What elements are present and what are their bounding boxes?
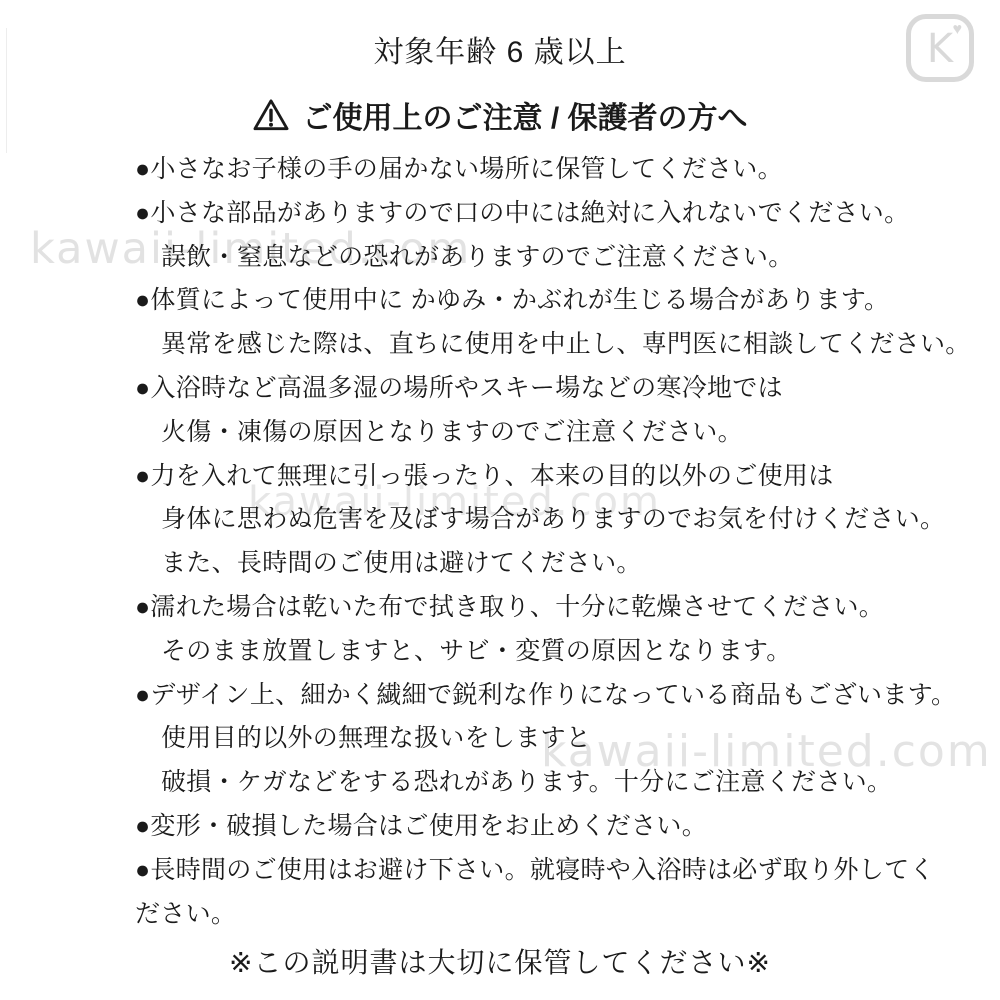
keep-instructions-note: ※この説明書は大切に保管してください※ <box>0 941 1000 981</box>
warning-header: ご使用上のご注意 / 保護者の方へ <box>0 93 1000 137</box>
warning-triangle-icon <box>252 98 290 132</box>
notice-line: ●入浴時など高温多湿の場所やスキー場などの寒冷地では <box>135 367 895 411</box>
notice-line: 誤飲・窒息などの恐れがありますのでご注意ください。 <box>135 236 895 280</box>
notice-line: ださい。 <box>135 893 895 937</box>
notice-line: ●力を入れて無理に引っ張ったり、本来の目的以外のご使用は <box>135 455 895 499</box>
notice-line: 使用目的以外の無理な扱いをしますと <box>135 717 895 761</box>
notice-line: ●長時間のご使用はお避け下さい。就寝時や入浴時は必ず取り外してく <box>135 849 895 893</box>
instruction-sheet-scan: kawaii-limited.com kawaii-limited.com ka… <box>0 0 1000 1000</box>
notice-line: ●変形・破損した場合はご使用をお止めください。 <box>135 805 895 849</box>
notice-line: ●小さな部品がありますので口の中には絶対に入れないでください。 <box>135 192 895 236</box>
notice-line: そのまま放置しますと、サビ・変質の原因となります。 <box>135 630 895 674</box>
notice-line: 火傷・凍傷の原因となりますのでご注意ください。 <box>135 411 895 455</box>
notice-line: ●小さなお子様の手の届かない場所に保管してください。 <box>135 148 895 192</box>
notice-line: 異常を感じた際は、直ちに使用を中止し、専門医に相談してください。 <box>135 323 895 367</box>
age-notice: 対象年齢 6 歳以上 <box>0 27 1000 71</box>
notice-line: ●デザイン上、細かく繊細で鋭利な作りになっている商品もございます。 <box>135 674 895 718</box>
notice-line: 破損・ケガなどをする恐れがあります。十分にご注意ください。 <box>135 761 895 805</box>
warning-header-label: ご使用上のご注意 / 保護者の方へ <box>302 93 747 137</box>
notice-line: 身体に思わぬ危害を及ぼす場合がありますのでお気を付けください。 <box>135 498 895 542</box>
notice-line: また、長時間のご使用は避けてください。 <box>135 542 895 586</box>
notice-line: ●濡れた場合は乾いた布で拭き取り、十分に乾燥させてください。 <box>135 586 895 630</box>
notice-line: ●体質によって使用中に かゆみ・かぶれが生じる場合があります。 <box>135 279 895 323</box>
notice-list: ●小さなお子様の手の届かない場所に保管してください。 ●小さな部品がありますので… <box>135 148 895 936</box>
